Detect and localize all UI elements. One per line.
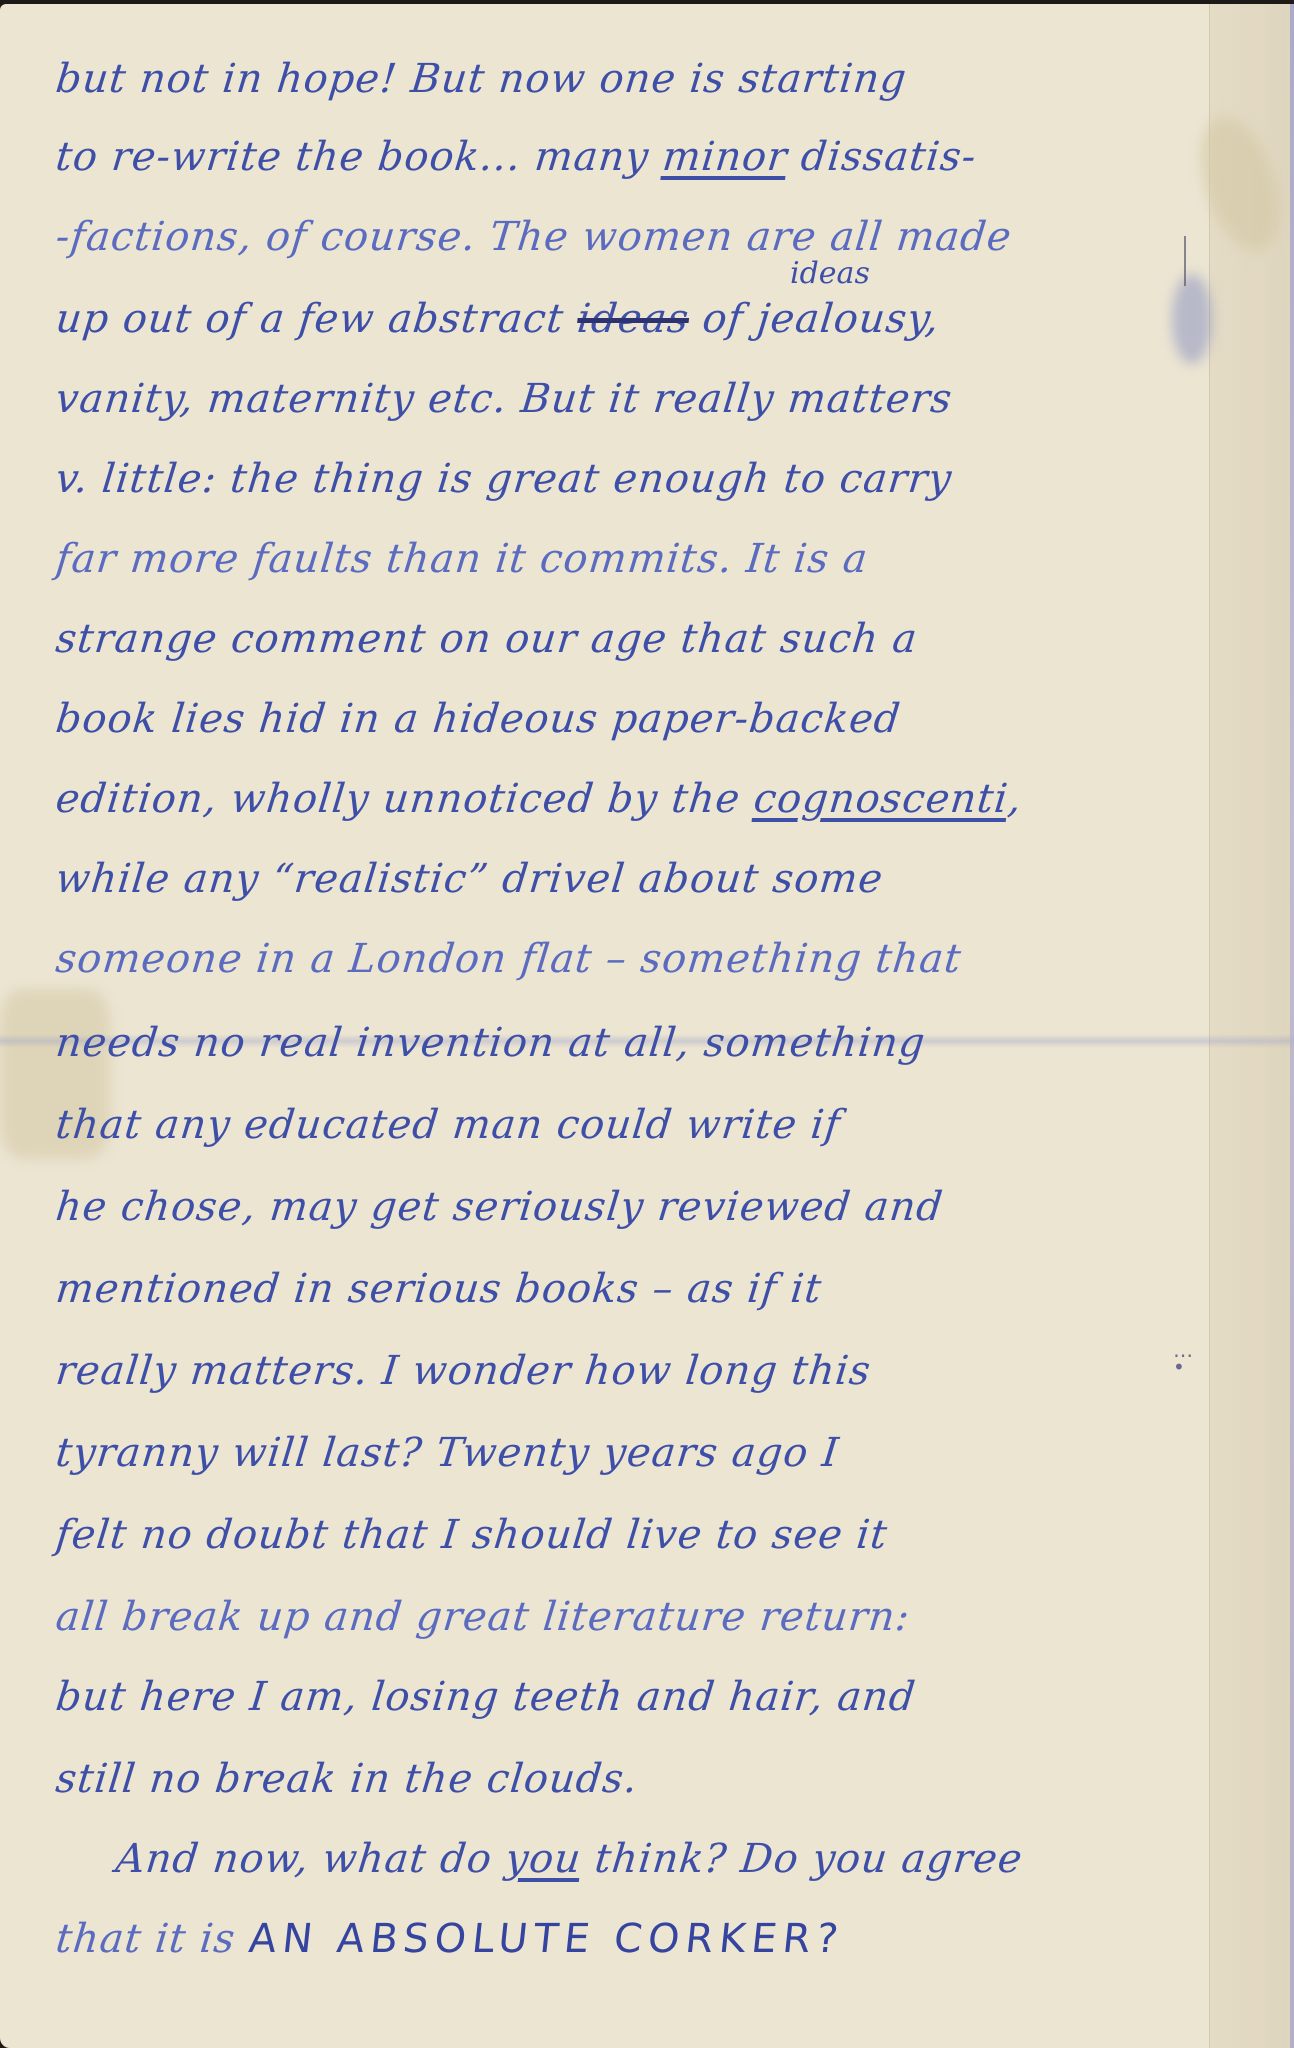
text-line: v. little: the thing is great enough to … bbox=[54, 456, 955, 502]
line-text: that any educated man could write if bbox=[54, 1102, 843, 1148]
underlined-word: you bbox=[503, 1836, 583, 1882]
line-text: really matters. I wonder how long this bbox=[54, 1348, 874, 1394]
text-line: mentioned in serious books – as if it bbox=[54, 1266, 825, 1312]
text-line: still no break in the clouds. bbox=[54, 1756, 641, 1802]
line-text: tyranny will last? Twenty years ago I bbox=[54, 1430, 842, 1476]
line-text: needs no real invention at all, somethin… bbox=[54, 1020, 928, 1066]
text-line: to re-write the book... many minor dissa… bbox=[54, 134, 979, 180]
line-text-after: of jealousy, bbox=[700, 296, 942, 342]
text-line: really matters. I wonder how long this bbox=[54, 1348, 874, 1394]
text-line: And now, what do you think? Do you agree bbox=[114, 1836, 1026, 1882]
text-line: that it is AN ABSOLUTE CORKER? bbox=[54, 1916, 847, 1962]
text-line: edition, wholly unnoticed by the cognosc… bbox=[54, 776, 1025, 822]
underlined-word: cognoscenti bbox=[752, 776, 1011, 822]
line-text: but here I am, losing teeth and hair, an… bbox=[54, 1674, 919, 1720]
text-line: -factions, of course. The women are all … bbox=[54, 214, 1014, 260]
text-line: but not in hope! But now one is starting bbox=[54, 56, 910, 102]
line-text: still no break in the clouds. bbox=[54, 1756, 641, 1802]
line-text: vanity, maternity etc. But it really mat… bbox=[54, 376, 955, 422]
line-text: all break up and great literature return… bbox=[54, 1594, 913, 1640]
text-line: tyranny will last? Twenty years ago I bbox=[54, 1430, 842, 1476]
text-line: up out of a few abstract ideas of jealou… bbox=[54, 296, 942, 342]
text-line: that any educated man could write if bbox=[54, 1102, 843, 1148]
line-text: but not in hope! But now one is starting bbox=[54, 56, 910, 102]
line-text: someone in a London flat – something tha… bbox=[54, 936, 964, 982]
line-text: up out of a few abstract bbox=[54, 296, 567, 342]
insertion-word: ideas bbox=[790, 256, 870, 291]
line-text: to re-write the book... many bbox=[54, 134, 652, 180]
text-line: he chose, may get seriously reviewed and bbox=[54, 1184, 946, 1230]
line-text: strange comment on our age that such a bbox=[54, 616, 920, 662]
line-text: And now, what do bbox=[114, 1836, 495, 1882]
line-text: v. little: the thing is great enough to … bbox=[54, 456, 955, 502]
line-text: edition, wholly unnoticed by the bbox=[54, 776, 743, 822]
text-line: someone in a London flat – something tha… bbox=[54, 936, 964, 982]
text-line: vanity, maternity etc. But it really mat… bbox=[54, 376, 955, 422]
text-line: strange comment on our age that such a bbox=[54, 616, 920, 662]
text-line: while any “realistic” drivel about some bbox=[54, 856, 886, 902]
letter-page: ⋯• but not in hope! But now one is start… bbox=[0, 4, 1294, 2048]
handwritten-text: but not in hope! But now one is starting… bbox=[0, 4, 1294, 2048]
line-text: felt no doubt that I should live to see … bbox=[54, 1512, 890, 1558]
underlined-word: minor bbox=[660, 134, 790, 180]
line-text: -factions, of course. The women are all … bbox=[54, 214, 1014, 260]
line-text: while any “realistic” drivel about some bbox=[54, 856, 886, 902]
line-text: that it is bbox=[54, 1916, 238, 1962]
line-text: he chose, may get seriously reviewed and bbox=[54, 1184, 946, 1230]
capitalized-phrase: AN ABSOLUTE CORKER? bbox=[247, 1916, 847, 1962]
text-line: far more faults than it commits. It is a bbox=[54, 536, 871, 582]
text-line: all break up and great literature return… bbox=[54, 1594, 913, 1640]
text-line: needs no real invention at all, somethin… bbox=[54, 1020, 928, 1066]
line-text-after: dissatis- bbox=[799, 134, 979, 180]
text-line: felt no doubt that I should live to see … bbox=[54, 1512, 890, 1558]
line-text: mentioned in serious books – as if it bbox=[54, 1266, 825, 1312]
text-line: book lies hid in a hideous paper-backed bbox=[54, 696, 903, 742]
line-text: far more faults than it commits. It is a bbox=[54, 536, 871, 582]
line-text: book lies hid in a hideous paper-backed bbox=[54, 696, 903, 742]
line-text-after: think? Do you agree bbox=[593, 1836, 1026, 1882]
struck-word: ideas bbox=[575, 296, 691, 342]
text-line: but here I am, losing teeth and hair, an… bbox=[54, 1674, 919, 1720]
